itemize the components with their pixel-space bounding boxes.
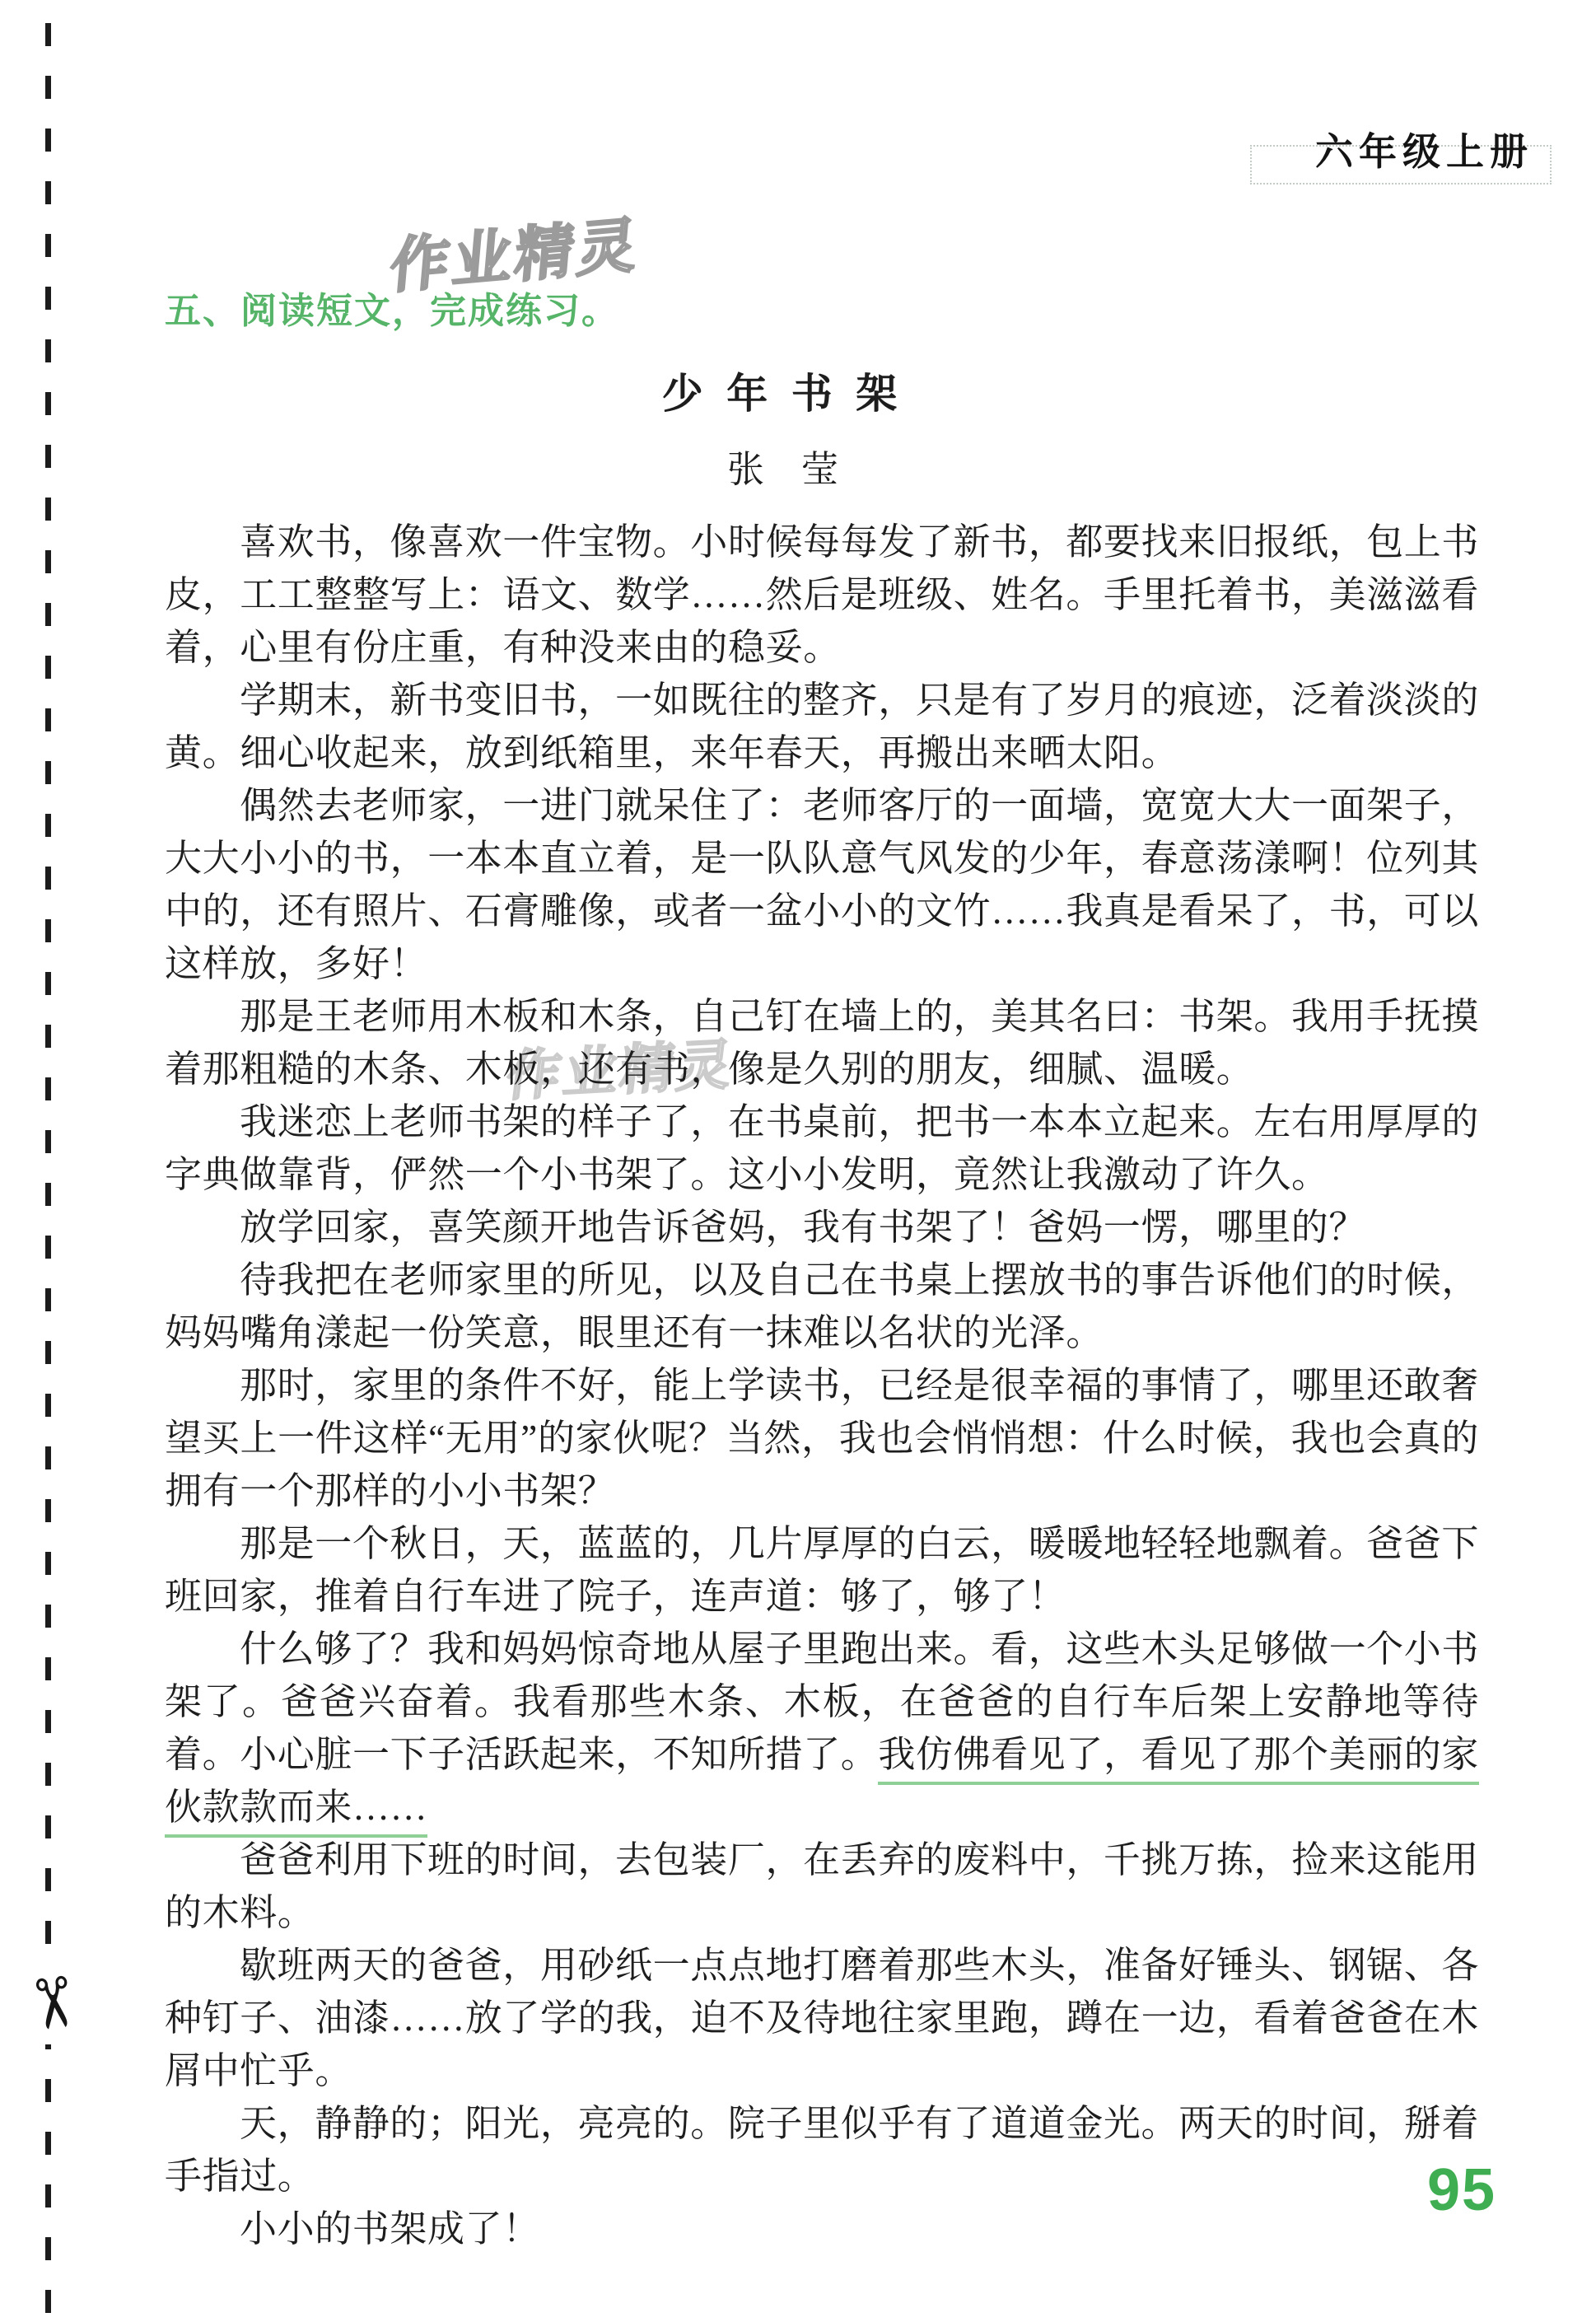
article-author: 张 莹 [165,446,1479,493]
paragraph: 那是一个秋日，天，蓝蓝的，几片厚厚的白云，暖暖地轻轻地飘着。爸爸下班回家，推着自… [165,1517,1479,1623]
paragraph: 小小的书架成了！ [165,2203,1479,2255]
paragraph: 喜欢书，像喜欢一件宝物。小时候每每发了新书，都要找来旧报纸，包上书皮，工工整整写… [165,516,1479,674]
paragraph: 爸爸利用下班的时间，去包装厂，在丢弃的废料中，千挑万拣，捡来这能用的木料。 [165,1834,1479,1939]
workbook-page: { "colors":{ "heading_green":"#55b468", … [0,0,1596,2322]
scissors-icon: ✂ [8,1958,96,2049]
article-body: 喜欢书，像喜欢一件宝物。小时候每每发了新书，都要找来旧报纸，包上书皮，工工整整写… [165,516,1479,2255]
paragraph: 那时，家里的条件不好，能上学读书，已经是很幸福的事情了，哪里还敢奢望买上一件这样… [165,1359,1479,1517]
reading-passage: 少 年 书 架 张 莹 喜欢书，像喜欢一件宝物。小时候每每发了新书，都要找来旧报… [165,0,1479,2255]
paragraph: 歇班两天的爸爸，用砂纸一点点地打磨着那些木头，准备好锤头、钢锯、各种钉子、油漆…… [165,1939,1479,2097]
section-heading: 五、阅读短文，完成练习。 [165,281,619,334]
paragraph: 放学回家，喜笑颜开地告诉爸妈，我有书架了！爸妈一愣，哪里的？ [165,1201,1479,1254]
paragraph: 那是王老师用木板和木条，自己钉在墙上的，美其名曰：书架。我用手抚摸着那粗糙的木条… [165,990,1479,1096]
paragraph: 我迷恋上老师书架的样子了，在书桌前，把书一本本立起来。左右用厚厚的字典做靠背，俨… [165,1096,1479,1201]
article-title: 少 年 书 架 [165,369,1479,418]
paragraph: 什么够了？我和妈妈惊奇地从屋子里跑出来。看，这些木头足够做一个小书架了。爸爸兴奋… [165,1623,1479,1834]
paragraph: 天，静静的；阳光，亮亮的。院子里似乎有了道道金光。两天的时间，掰着手指过。 [165,2097,1479,2203]
paragraph: 偶然去老师家，一进门就呆住了：老师客厅的一面墙，宽宽大大一面架子，大大小小的书，… [165,779,1479,990]
paragraph: 学期末，新书变旧书，一如既往的整齐，只是有了岁月的痕迹，泛着淡淡的黄。细心收起来… [165,674,1479,779]
paragraph: 待我把在老师家里的所见，以及自己在书桌上摆放书的事告诉他们的时候，妈妈嘴角漾起一… [165,1254,1479,1359]
